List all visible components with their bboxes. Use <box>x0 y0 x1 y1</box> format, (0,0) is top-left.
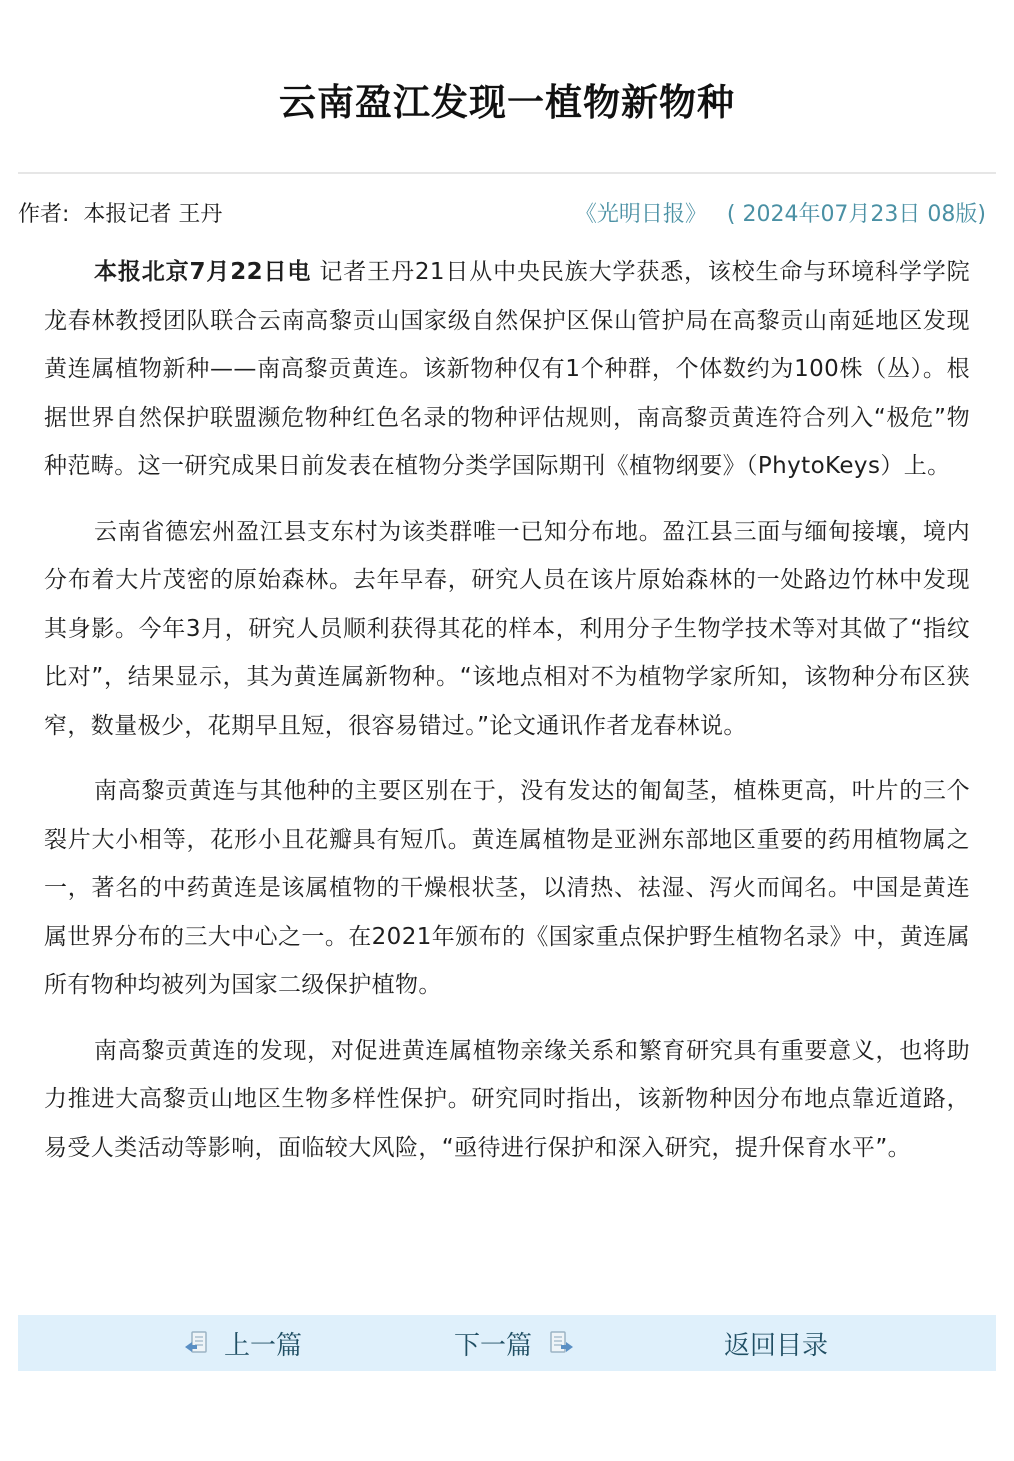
document-arrow-right-icon <box>548 1330 574 1356</box>
dateline: 本报北京7月22日电 <box>94 259 311 285</box>
article-meta: 作者:本报记者 王丹 《光明日报》( 2024年07月23日 08版) <box>18 195 986 229</box>
previous-article-label: 上一篇 <box>224 1325 302 1362</box>
next-article-button[interactable]: 下一篇 <box>454 1315 574 1371</box>
author-info: 作者:本报记者 王丹 <box>18 197 222 228</box>
paragraph-text: 记者王丹21日从中央民族大学获悉，该校生命与环境科学学院龙春林教授团队联合云南高… <box>44 259 970 479</box>
paragraph: 云南省德宏州盈江县支东村为该类群唯一已知分布地。盈江县三面与缅甸接壤，境内分布着… <box>44 508 970 751</box>
back-to-contents-label: 返回目录 <box>724 1325 828 1362</box>
source-info[interactable]: 《光明日报》( 2024年07月23日 08版) <box>575 197 986 228</box>
paragraph: 本报北京7月22日电 记者王丹21日从中央民族大学获悉，该校生命与环境科学学院龙… <box>44 248 970 491</box>
document-arrow-left-icon <box>184 1330 210 1356</box>
source-edition[interactable]: ( 2024年07月23日 08版) <box>727 202 986 227</box>
source-paper-link[interactable]: 《光明日报》 <box>575 202 707 227</box>
author-name: 本报记者 王丹 <box>83 202 222 227</box>
article-title: 云南盈江发现一植物新物种 <box>0 80 1014 126</box>
header-divider <box>18 172 996 174</box>
previous-article-button[interactable]: 上一篇 <box>184 1315 302 1371</box>
article-body: 本报北京7月22日电 记者王丹21日从中央民族大学获悉，该校生命与环境科学学院龙… <box>44 248 970 1189</box>
article-navigation-bar: 上一篇 下一篇 返回目录 <box>18 1315 996 1371</box>
next-article-label: 下一篇 <box>454 1325 532 1362</box>
paragraph: 南高黎贡黄连的发现，对促进黄连属植物亲缘关系和繁育研究具有重要意义，也将助力推进… <box>44 1027 970 1173</box>
back-to-contents-button[interactable]: 返回目录 <box>724 1315 828 1371</box>
author-label: 作者: <box>18 202 69 227</box>
paragraph: 南高黎贡黄连与其他种的主要区别在于，没有发达的匍匐茎，植株更高，叶片的三个裂片大… <box>44 767 970 1010</box>
